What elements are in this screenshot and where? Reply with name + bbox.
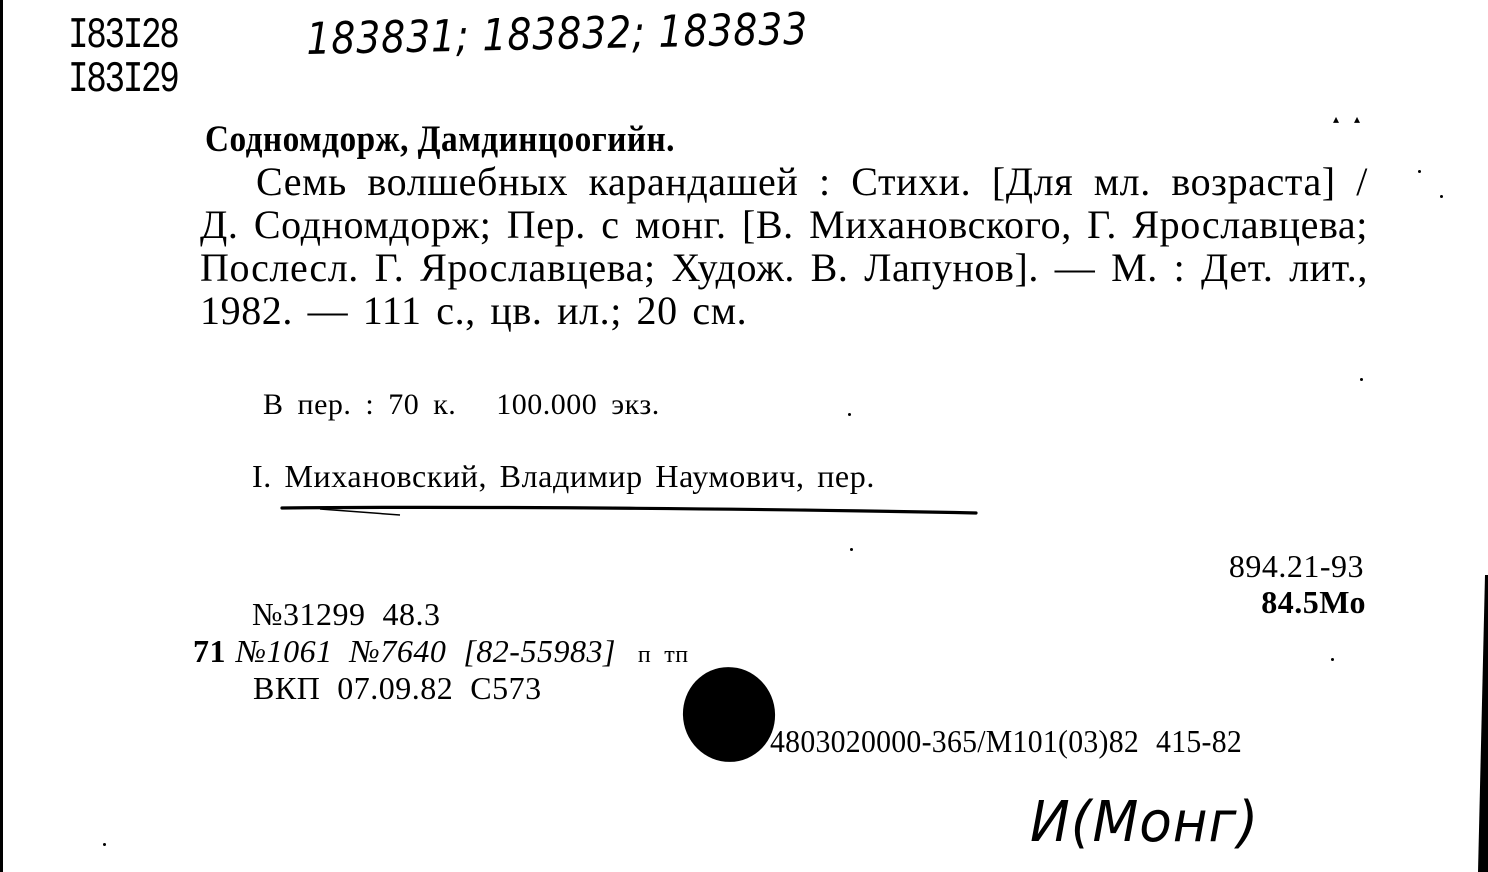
price-line: В пер. : 70 к.100.000 экз. <box>263 388 660 422</box>
service-line-3: ВКП 07.09.82 С573 <box>253 670 542 707</box>
speck <box>1418 170 1421 173</box>
card-right-edge <box>1478 575 1488 872</box>
speck <box>848 413 851 416</box>
service-line-2: 71№1061 №7640 [82-55983]п тп <box>193 633 689 670</box>
bbk-classification: 84.5Мо <box>1261 584 1366 621</box>
handwritten-note: И(Монг) <box>1030 790 1259 855</box>
udc-classification: 894.21-93 <box>1229 548 1364 585</box>
handdrawn-underline <box>280 505 978 519</box>
bibliographic-description: Семь волшебных карандашей : Стихи. [Для … <box>200 160 1368 332</box>
speck <box>850 548 853 551</box>
inventory-number-1: I83I28 <box>68 14 178 58</box>
binding-price: В пер. : 70 к. <box>263 388 456 421</box>
card-left-edge <box>0 0 3 872</box>
description-text: Семь волшебных карандашей : Стихи. [Для … <box>200 159 1368 333</box>
added-entry: I. Михановский, Владимир Наумович, пер. <box>252 458 875 495</box>
service-line-2-suffix: п тп <box>638 642 689 668</box>
service-line-2-numbers: №1061 №7640 [82-55983] <box>236 633 616 669</box>
service-line-2-lead: 71 <box>193 633 226 669</box>
service-line-1: №31299 48.3 <box>252 596 441 633</box>
speck <box>1331 658 1334 661</box>
isbn-code: 4803020000-365/М101(03)82 415-82 <box>770 723 1242 760</box>
speck <box>1360 378 1363 381</box>
speck <box>103 843 106 846</box>
print-run: 100.000 экз. <box>496 388 659 421</box>
author-heading: Содномдорж, Дамдинцоогийн. <box>205 118 675 161</box>
handwritten-inventory-numbers: 183831; 183832; 183833 <box>306 4 809 65</box>
catalog-card: I83I28 I83I29 183831; 183832; 183833 ▴ ▴… <box>0 0 1488 872</box>
punch-hole <box>674 658 784 770</box>
speck <box>1440 195 1443 198</box>
corner-marks: ▴ ▴ <box>1333 112 1366 127</box>
inventory-number-2: I83I29 <box>68 58 178 102</box>
